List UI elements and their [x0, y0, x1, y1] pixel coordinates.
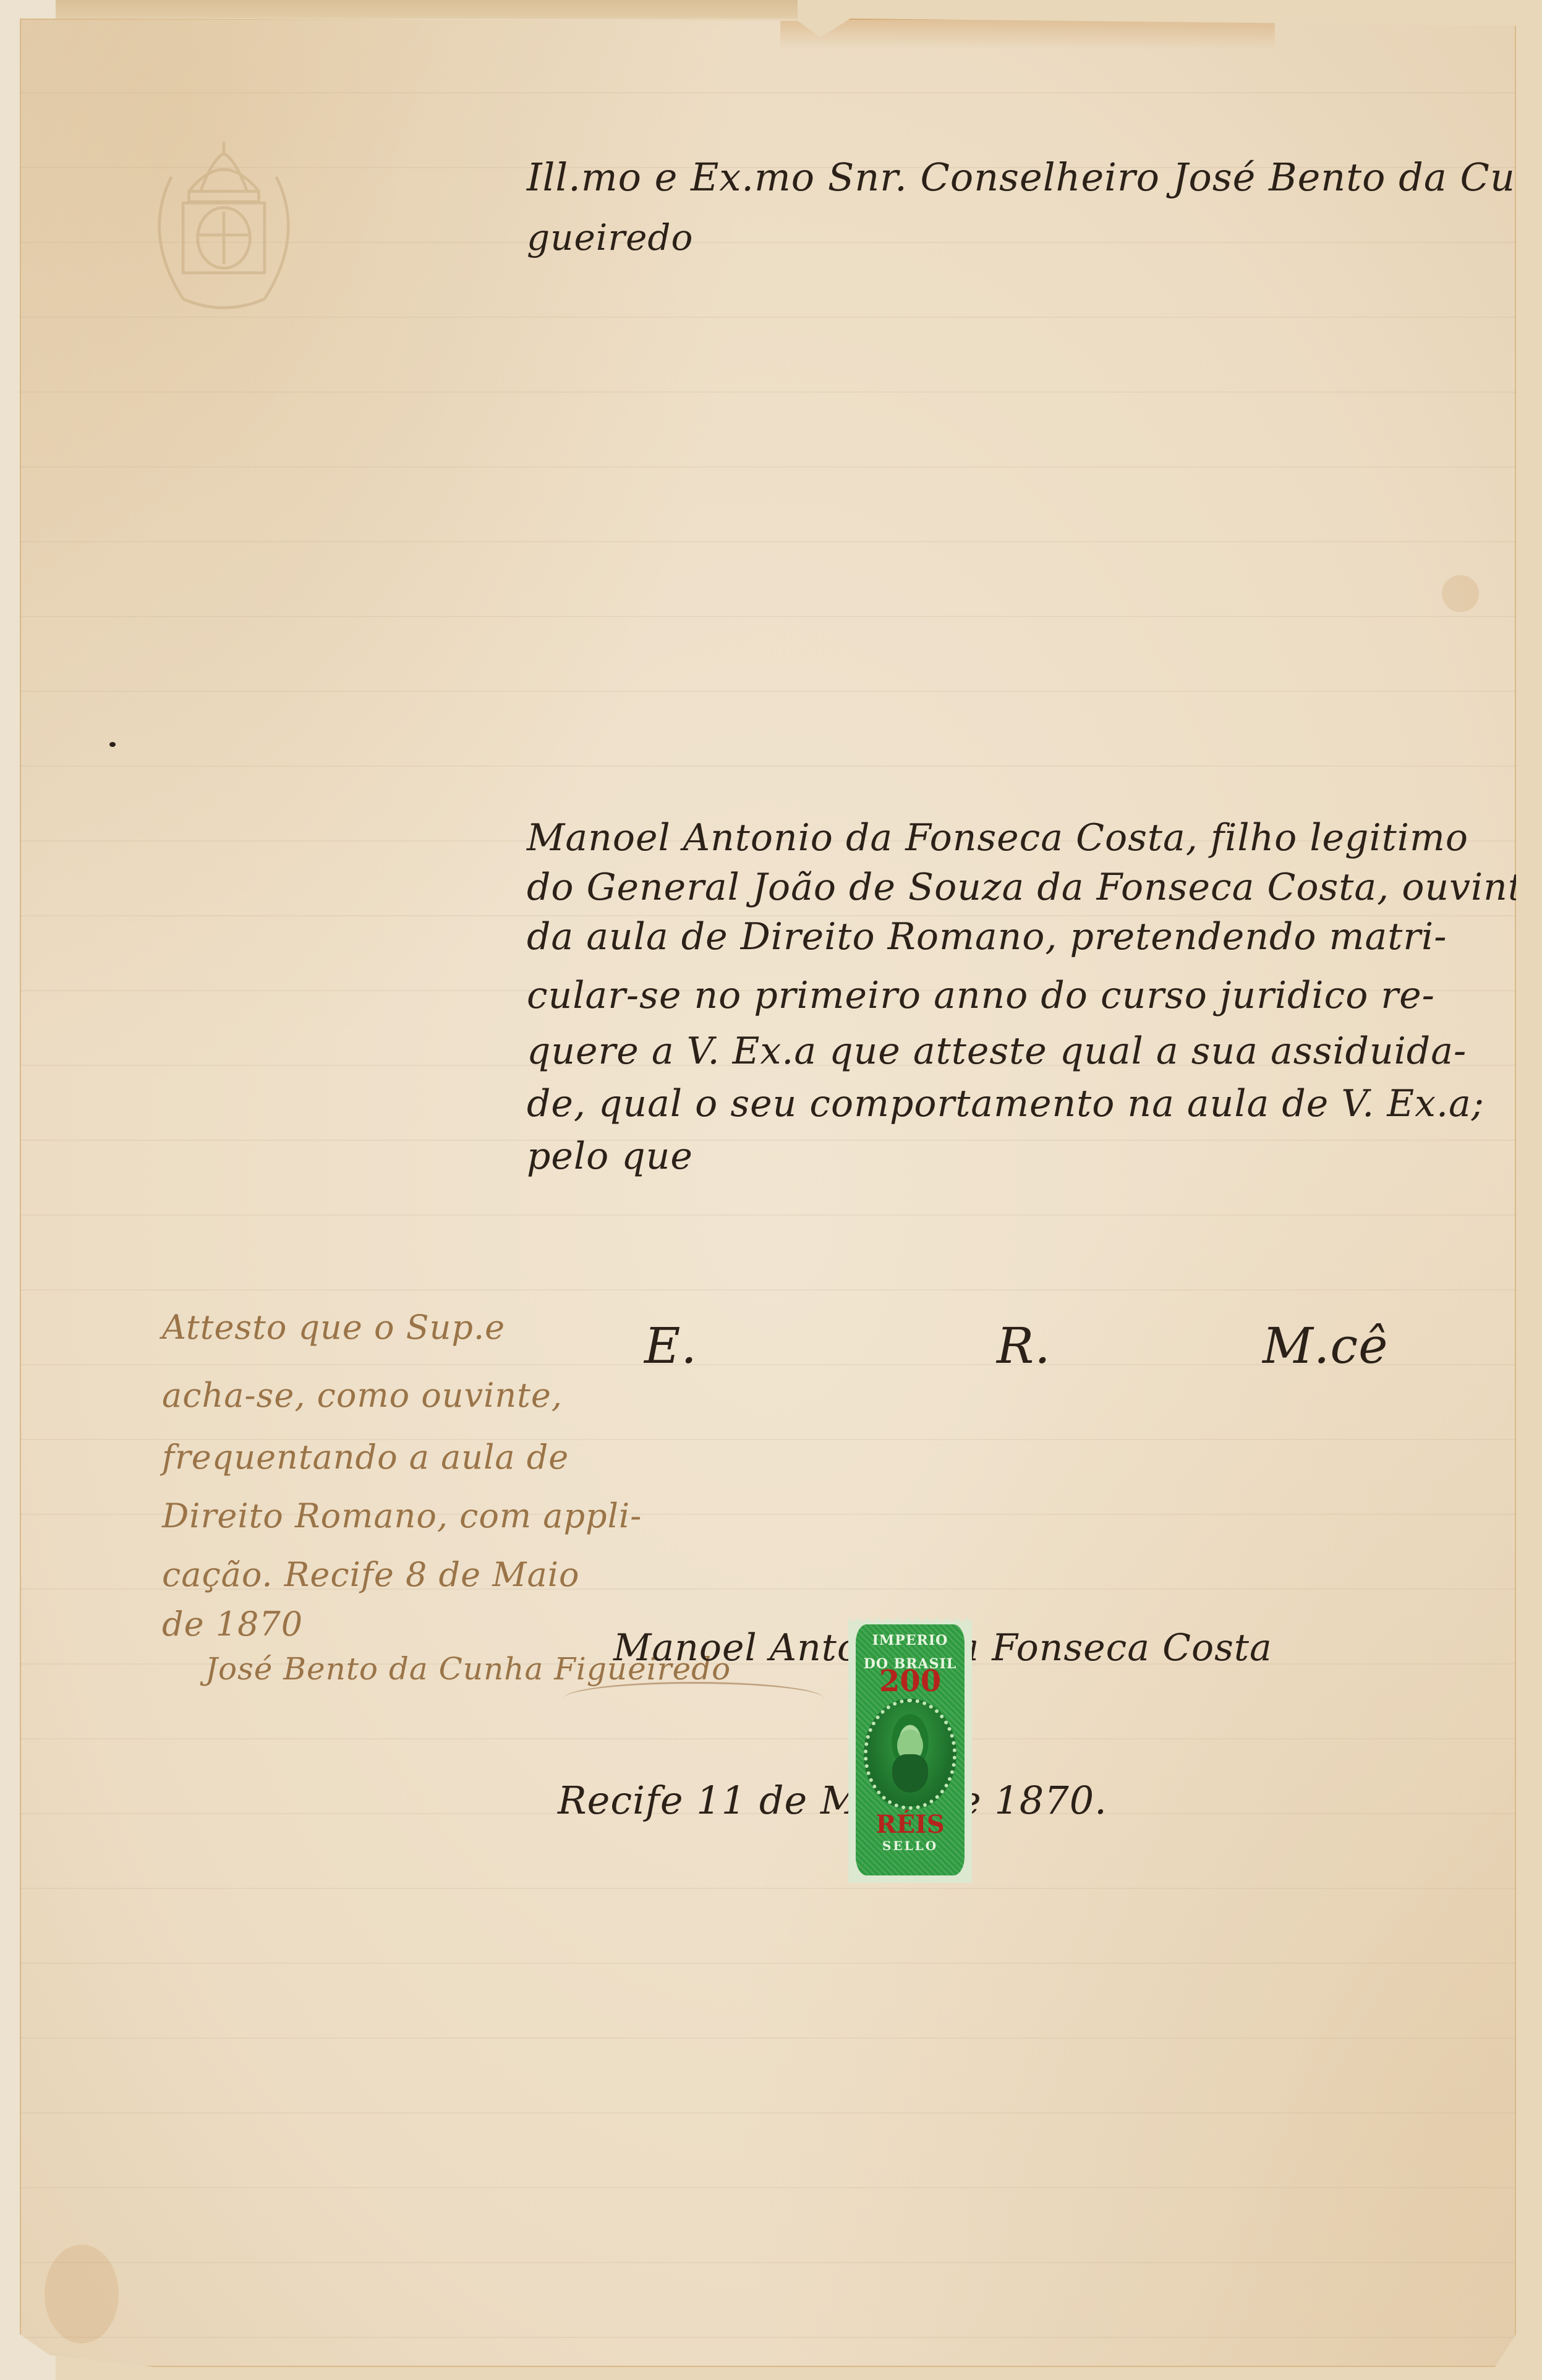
attestation-line: Attesto que o Sup.e	[162, 1308, 505, 1347]
closing-formula-mce: M.cê	[1263, 1317, 1389, 1375]
stamp-design: IMPERIO DO BRASIL 200 RÉIS SELLO	[856, 1624, 965, 1875]
foxing-stain	[45, 2245, 119, 2344]
emperor-portrait-icon	[864, 1699, 956, 1810]
attestation-line: frequentando a aula de	[162, 1438, 569, 1477]
top-edge-stain	[780, 19, 1275, 49]
revenue-stamp: IMPERIO DO BRASIL 200 RÉIS SELLO	[848, 1617, 972, 1883]
salutation-line-1: Ill.mo e Ex.mo Snr. Conselheiro José Ben…	[527, 155, 1542, 200]
petition-line: da aula de Direito Romano, pretendendo m…	[527, 915, 1447, 958]
embossed-coat-of-arms-icon	[125, 136, 323, 334]
attestation-line: Direito Romano, com appli-	[162, 1496, 642, 1535]
stamp-sello-text: SELLO	[856, 1838, 965, 1853]
petition-line: de, qual o seu comportamento na aula de …	[527, 1082, 1484, 1125]
closing-formula-r: R.	[997, 1317, 1051, 1375]
closing-formula-e: E.	[644, 1317, 697, 1375]
ink-speck	[109, 742, 116, 747]
stamp-currency: RÉIS	[856, 1812, 965, 1837]
salutation-line-2: gueiredo	[527, 216, 693, 258]
attestation-line: de 1870	[162, 1605, 303, 1644]
portrait-beard	[892, 1754, 928, 1793]
signature-flourish	[564, 1682, 824, 1715]
document-page: Ill.mo e Ex.mo Snr. Conselheiro José Ben…	[20, 19, 1516, 2367]
foxing-stain	[1442, 575, 1479, 612]
attestation-line: acha-se, como ouvinte,	[162, 1376, 563, 1415]
backing-sheet-shadow	[56, 0, 798, 19]
petition-line: Manoel Antonio da Fonseca Costa, filho l…	[527, 816, 1468, 859]
stamp-imperio-text: IMPERIO	[856, 1633, 965, 1648]
petition-line: do General João de Souza da Fonseca Cost…	[527, 866, 1542, 909]
petition-line: pelo que	[527, 1135, 693, 1178]
petition-line: cular-se no primeiro anno do curso jurid…	[527, 974, 1435, 1017]
date-line: Recife 11 de Maio de 1870.	[558, 1778, 1107, 1823]
faint-ruled-lines	[20, 19, 1516, 2367]
petition-line: quere a V. Ex.a que atteste qual a sua a…	[527, 1030, 1467, 1073]
attestation-line: cação. Recife 8 de Maio	[162, 1555, 579, 1594]
